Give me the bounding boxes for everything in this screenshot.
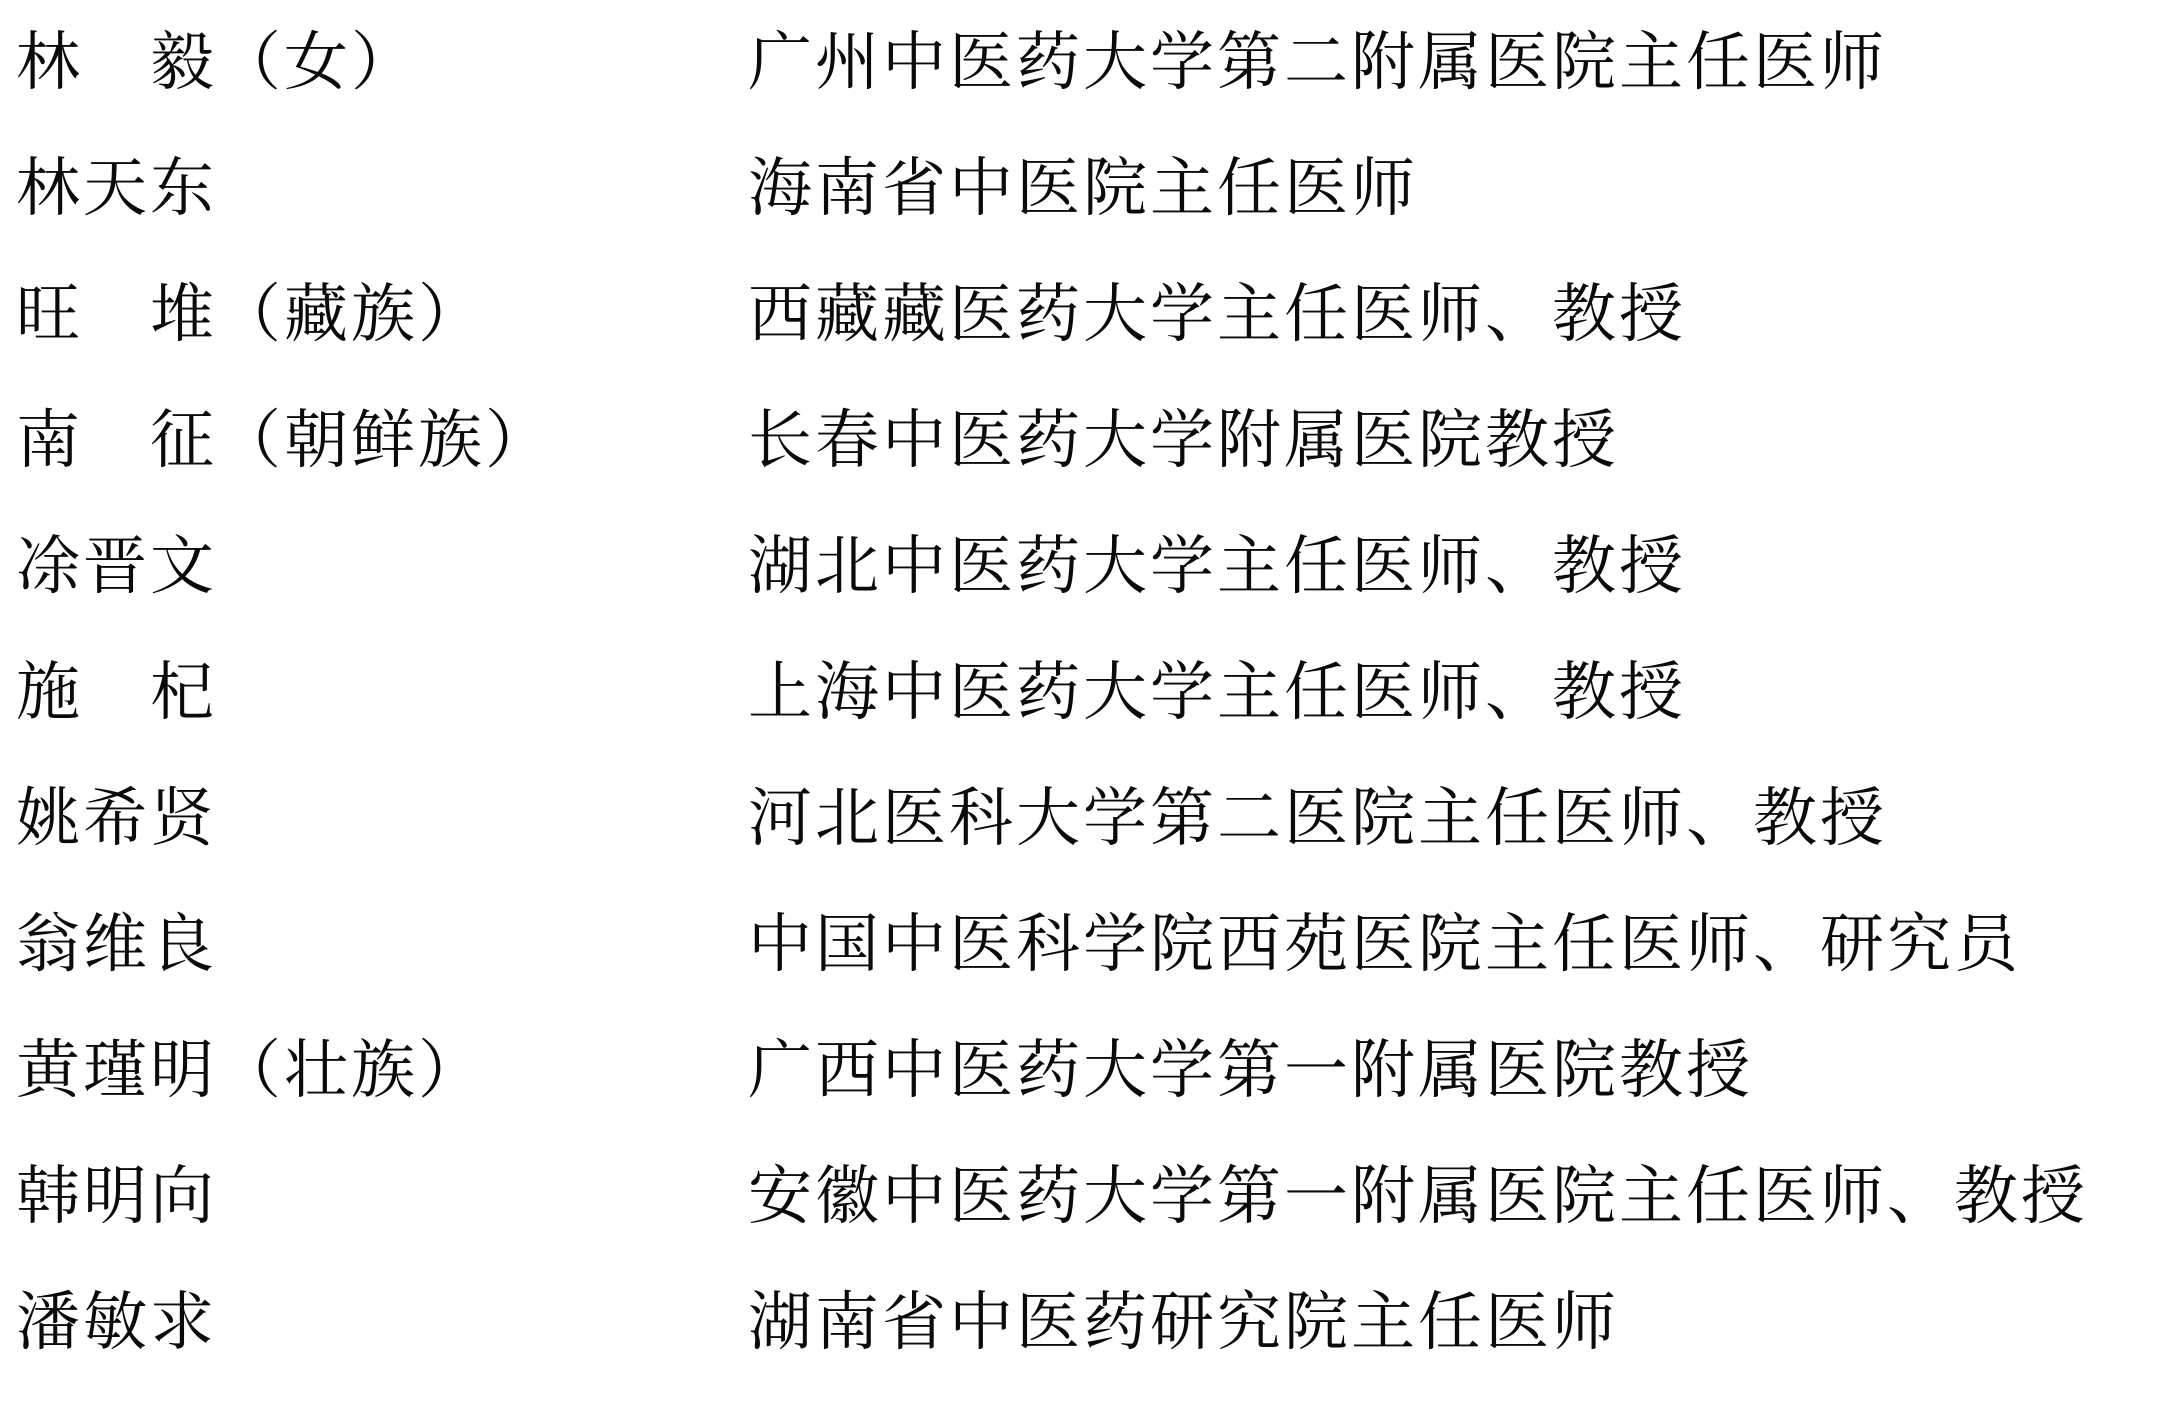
person-name: 翁维良	[0, 913, 748, 977]
list-row: 林 毅（女） 广州中医药大学第二附属医院主任医师	[0, 0, 2160, 126]
person-name: 林 毅（女）	[0, 31, 748, 95]
person-affiliation: 中国中医科学院西苑医院主任医师、研究员	[748, 913, 2160, 977]
person-name: 潘敏求	[0, 1291, 748, 1355]
person-name: 旺 堆（藏族）	[0, 283, 748, 347]
list-row: 林天东 海南省中医院主任医师	[0, 126, 2160, 252]
list-row: 凃晋文 湖北中医药大学主任医师、教授	[0, 504, 2160, 630]
person-affiliation: 西藏藏医药大学主任医师、教授	[748, 283, 2160, 347]
person-name: 林天东	[0, 157, 748, 221]
person-name: 黄瑾明（壮族）	[0, 1039, 748, 1103]
person-affiliation: 广西中医药大学第一附属医院教授	[748, 1039, 2160, 1103]
person-affiliation: 广州中医药大学第二附属医院主任医师	[748, 31, 2160, 95]
person-affiliation: 湖北中医药大学主任医师、教授	[748, 535, 2160, 599]
list-row: 黄瑾明（壮族） 广西中医药大学第一附属医院教授	[0, 1008, 2160, 1134]
person-name: 韩明向	[0, 1165, 748, 1229]
person-affiliation: 上海中医药大学主任医师、教授	[748, 661, 2160, 725]
person-name: 施 杞	[0, 661, 748, 725]
person-affiliation: 河北医科大学第二医院主任医师、教授	[748, 787, 2160, 851]
list-row: 潘敏求 湖南省中医药研究院主任医师	[0, 1260, 2160, 1386]
person-name: 南 征（朝鲜族）	[0, 409, 748, 473]
list-row: 旺 堆（藏族） 西藏藏医药大学主任医师、教授	[0, 252, 2160, 378]
list-row: 南 征（朝鲜族） 长春中医药大学附属医院教授	[0, 378, 2160, 504]
person-affiliation: 湖南省中医药研究院主任医师	[748, 1291, 2160, 1355]
list-row: 韩明向 安徽中医药大学第一附属医院主任医师、教授	[0, 1134, 2160, 1260]
person-affiliation: 海南省中医院主任医师	[748, 157, 2160, 221]
document-page: 林 毅（女） 广州中医药大学第二附属医院主任医师 林天东 海南省中医院主任医师 …	[0, 0, 2160, 1416]
list-row: 翁维良 中国中医科学院西苑医院主任医师、研究员	[0, 882, 2160, 1008]
person-affiliation: 长春中医药大学附属医院教授	[748, 409, 2160, 473]
person-name: 姚希贤	[0, 787, 748, 851]
person-affiliation: 安徽中医药大学第一附属医院主任医师、教授	[748, 1165, 2160, 1229]
person-name: 凃晋文	[0, 535, 748, 599]
list-row: 施 杞 上海中医药大学主任医师、教授	[0, 630, 2160, 756]
list-row: 姚希贤 河北医科大学第二医院主任医师、教授	[0, 756, 2160, 882]
